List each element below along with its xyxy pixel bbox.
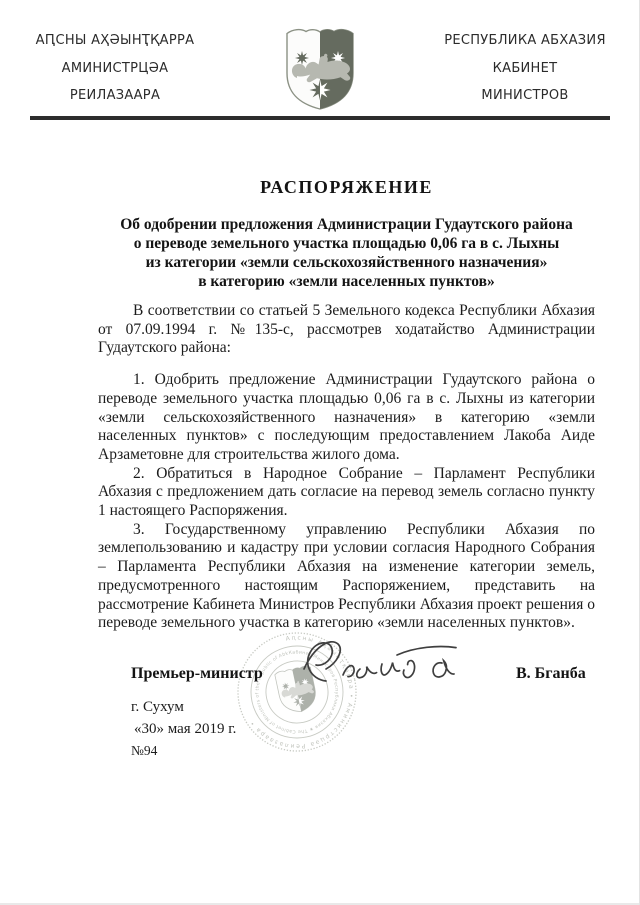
item-2-paragraph: 2. Обратиться в Народное Собрание – Парл…	[98, 465, 595, 521]
subject-line-3: из категории «земли сельскохозяйственног…	[98, 253, 595, 272]
decree-document-page: АԤСНЫ АҲӘЫНҬҚАРРА АМИНИСТРЦӘА РЕИЛАЗААРА…	[0, 0, 640, 905]
subject-line-4: в категорию «земли населенных пунктов»	[98, 272, 595, 291]
intro-paragraph: В соответствии со статьей 5 Земельного к…	[98, 302, 595, 358]
letterhead-abkhaz-line-3: РЕИЛАЗААРА	[0, 82, 230, 110]
signature-block: Аԥсны Аҳәынҭқарра • Аминистрцәа Реилазаа…	[0, 626, 640, 801]
letterhead-russian-line-2: КАБИНЕТ	[410, 55, 640, 83]
letterhead-russian-block: РЕСПУБЛИКА АБХАЗИЯ КАБИНЕТ МИНИСТРОВ	[410, 26, 640, 110]
signing-place: г. Сухум	[131, 699, 184, 716]
letterhead-russian-line-1: РЕСПУБЛИКА АБХАЗИЯ	[410, 27, 640, 55]
document-number: №94	[131, 743, 157, 759]
signing-date: «30» мая 2019 г.	[134, 721, 236, 738]
coat-of-arms-icon	[283, 28, 357, 112]
document-title: РАСПОРЯЖЕНИЕ	[98, 177, 595, 198]
signer-name-label: В. Бганба	[516, 665, 586, 683]
document-body: В соответствии со статьей 5 Земельного к…	[98, 302, 595, 633]
letterhead-divider	[30, 116, 610, 120]
letterhead-abkhaz-line-2: АМИНИСТРЦӘА	[0, 55, 230, 83]
subject-line-2: о переводе земельного участка площадью 0…	[98, 234, 595, 253]
handwritten-signature	[296, 634, 468, 692]
document-subject: Об одобрении предложения Администрации Г…	[98, 215, 595, 291]
item-1-paragraph: 1. Одобрить предложение Администрации Гу…	[98, 371, 595, 465]
letterhead-abkhaz-line-1: АԤСНЫ АҲӘЫНҬҚАРРА	[0, 27, 230, 55]
letterhead: АԤСНЫ АҲӘЫНҬҚАРРА АМИНИСТРЦӘА РЕИЛАЗААРА…	[0, 0, 640, 112]
subject-line-1: Об одобрении предложения Администрации Г…	[98, 215, 595, 234]
signer-post-label: Премьер-министр	[131, 665, 263, 683]
document-content: РАСПОРЯЖЕНИЕ Об одобрении предложения Ад…	[98, 177, 595, 633]
letterhead-abkhaz-block: АԤСНЫ АҲӘЫНҬҚАРРА АМИНИСТРЦӘА РЕИЛАЗААРА	[0, 26, 230, 110]
letterhead-russian-line-3: МИНИСТРОВ	[410, 82, 640, 110]
item-3-paragraph: 3. Государственному управлению Республик…	[98, 521, 595, 633]
